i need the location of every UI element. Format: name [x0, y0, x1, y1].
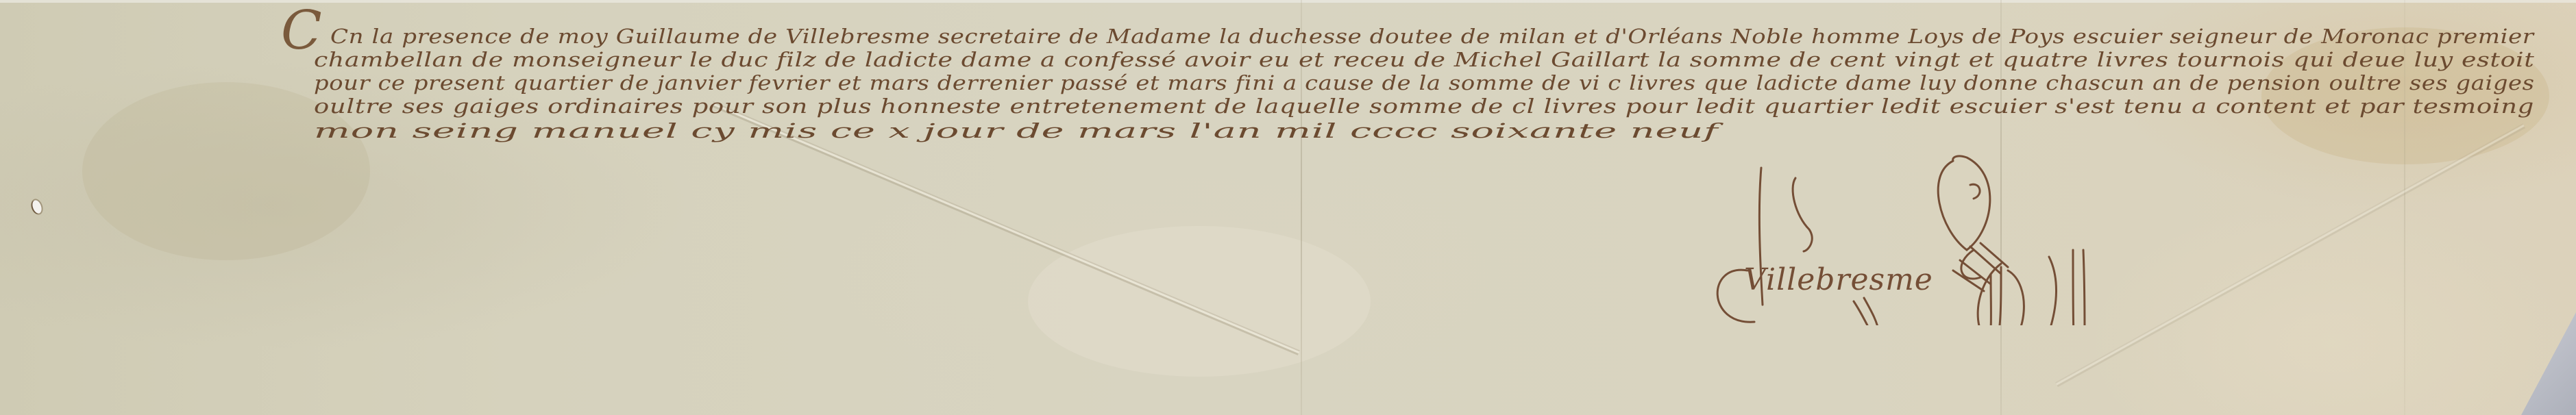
text-line-3: pour ce present quartier de janvier fevr… [314, 71, 2535, 95]
parchment-hole [31, 199, 43, 215]
parchment-sheet: C Cn la presence de moy Guillaume de Vil… [0, 0, 2576, 415]
text-line-2: chambellan de monseigneur le duc filz de… [314, 48, 2534, 71]
signature-name: Villebresme [1744, 262, 1933, 297]
paraph-flourish-icon [1679, 147, 2104, 325]
parchment-top-edge [0, 0, 2576, 3]
signature-block: Villebresme [1679, 147, 2104, 325]
text-line-1: Cn la presence de moy Guillaume de Ville… [330, 25, 2534, 48]
fold-crease-diagonal [2056, 125, 2525, 386]
text-line-5: mon seing manuel cy mis ce x jour de mar… [314, 119, 1719, 142]
parchment-stain [1028, 226, 1371, 377]
text-line-4: oultre ses gaiges ordinaires pour son pl… [314, 95, 2534, 118]
